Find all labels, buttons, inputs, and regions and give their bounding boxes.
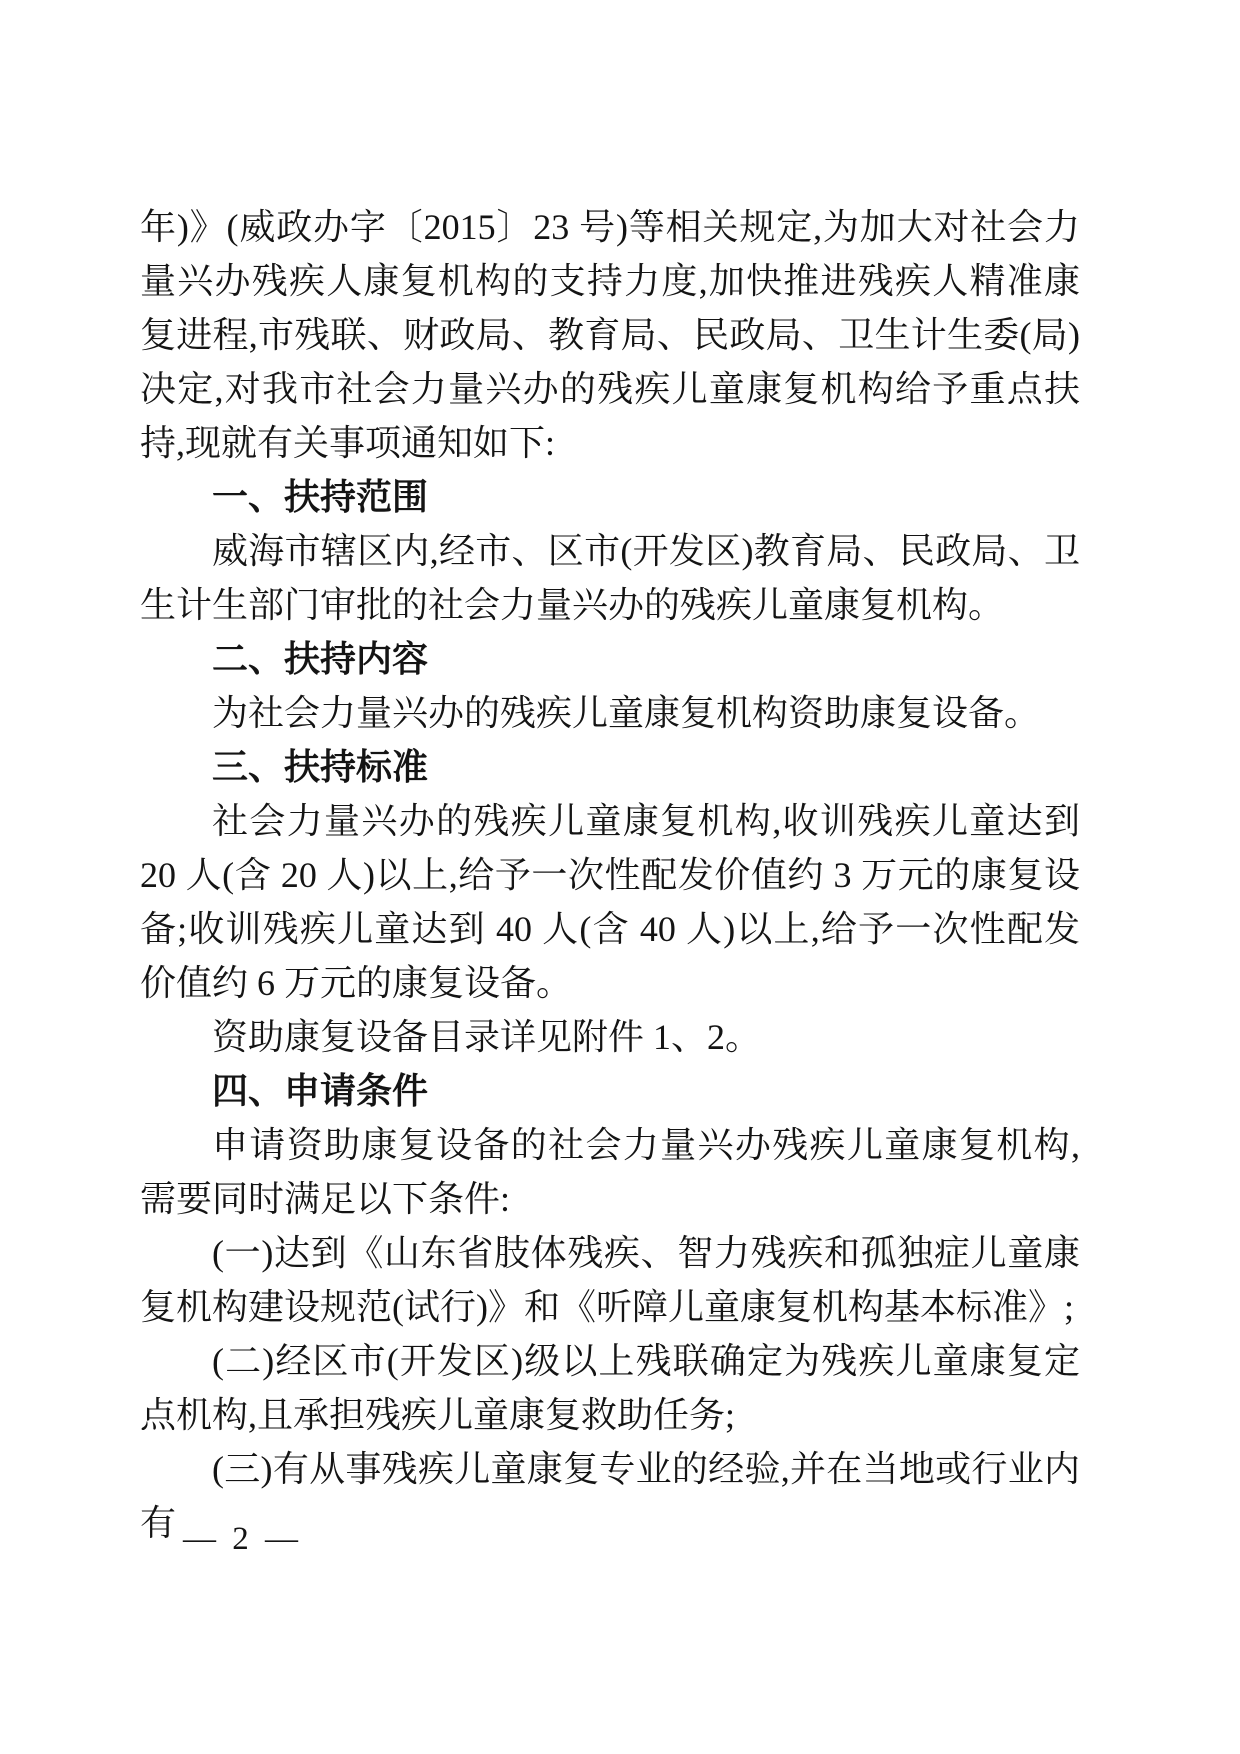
section-1-heading: 一、扶持范围 [140,470,1080,524]
section-3-paragraph-1: 社会力量兴办的残疾儿童康复机构,收训残疾儿童达到 20 人(含 20 人)以上,… [140,794,1080,1010]
section-3-paragraph-2: 资助康复设备目录详见附件 1、2。 [140,1010,1080,1064]
section-4-paragraph: 申请资助康复设备的社会力量兴办残疾儿童康复机构,需要同时满足以下条件: [140,1118,1080,1226]
section-3-heading: 三、扶持标准 [140,740,1080,794]
condition-item-1: (一)达到《山东省肢体残疾、智力残疾和孤独症儿童康复机构建设规范(试行)》和《听… [140,1226,1080,1334]
continuation-paragraph: 年)》(威政办字〔2015〕23 号)等相关规定,为加大对社会力量兴办残疾人康复… [140,200,1080,470]
condition-item-2: (二)经区市(开发区)级以上残联确定为残疾儿童康复定点机构,且承担残疾儿童康复救… [140,1334,1080,1442]
page-number: — 2 — [183,1519,302,1559]
section-2-heading: 二、扶持内容 [140,632,1080,686]
section-2-paragraph: 为社会力量兴办的残疾儿童康复机构资助康复设备。 [140,686,1080,740]
section-1-paragraph: 威海市辖区内,经市、区市(开发区)教育局、民政局、卫生计生部门审批的社会力量兴办… [140,524,1080,632]
section-4-heading: 四、申请条件 [140,1064,1080,1118]
document-page: 年)》(威政办字〔2015〕23 号)等相关规定,为加大对社会力量兴办残疾人康复… [140,200,1080,1550]
